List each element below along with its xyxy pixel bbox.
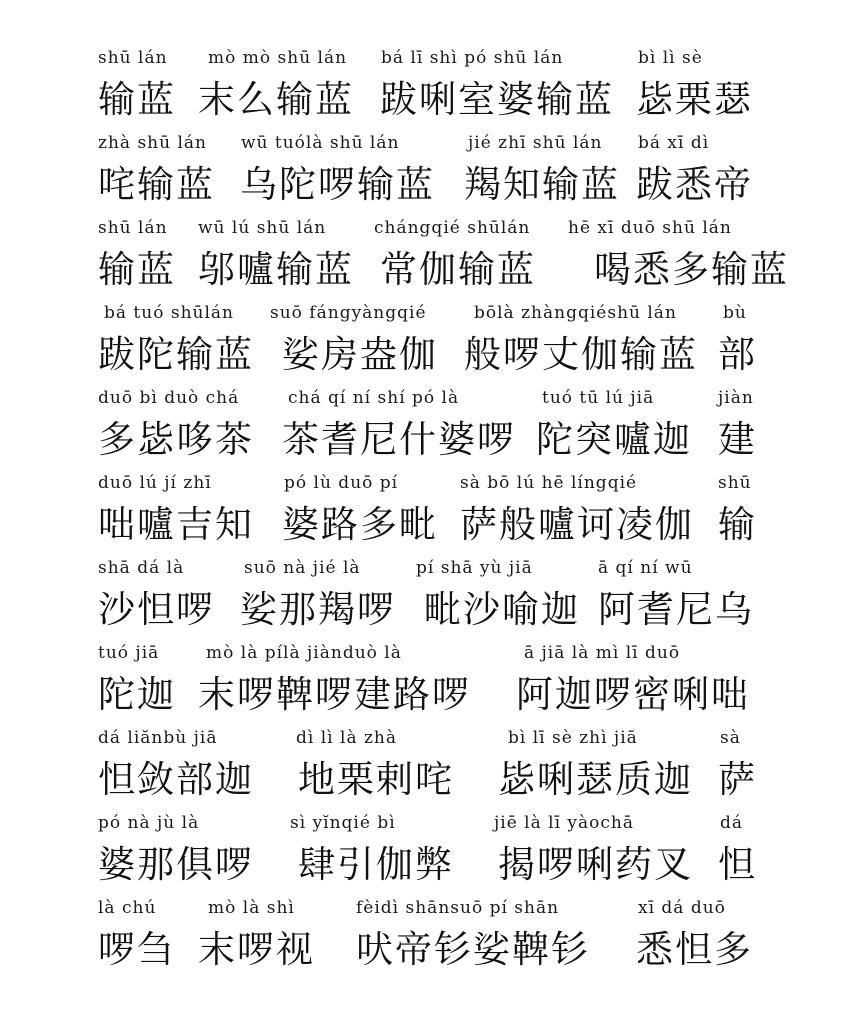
hanzi-segment: 般啰丈伽输蓝 — [464, 333, 698, 377]
hanzi-segment: 部 — [718, 333, 757, 377]
verse-line-6: duō lú jí zhī pó lù duō pí sà bō lú hē l… — [98, 473, 798, 557]
hanzi-segment: 毗沙喻迦 — [424, 588, 580, 632]
verse-line-1: shū lán mò mò shū lán bá lī shì pó shū l… — [98, 48, 798, 132]
pinyin-segment: mò là shì — [208, 898, 295, 918]
hanzi-segment: 萨般嚧诃凌伽 — [460, 503, 694, 547]
hanzi-segment: 跋陀输蓝 — [98, 333, 254, 377]
hanzi-segment: 吠帝钐娑鞞钐 — [356, 928, 590, 972]
hanzi-segment: 末啰鞞啰建路啰 — [198, 673, 471, 717]
pinyin-segment: xī dá duō — [638, 898, 726, 918]
hanzi-segment: 毖唎瑟质迦 — [498, 758, 693, 802]
pinyin-segment: bì lì sè — [638, 48, 703, 68]
hanzi-segment: 羯知输蓝 — [464, 163, 620, 207]
pinyin-segment: duō lú jí zhī — [98, 473, 212, 493]
pinyin-segment: wū lú shū lán — [198, 218, 326, 238]
hanzi-segment: 阿耆尼乌 — [598, 588, 754, 632]
hanzi-segment: 输 — [718, 503, 757, 547]
verse-line-4: bá tuó shūlán suō fángyàngqié bōlà zhàng… — [98, 303, 798, 387]
pinyin-segment: shū — [718, 473, 752, 493]
pinyin-segment: mò là pílà jiànduò là — [206, 643, 402, 663]
pinyin-segment: shū lán — [98, 48, 168, 68]
pinyin-segment: fèidì shānsuō pí shān — [356, 898, 559, 918]
pinyin-segment: suō fángyàngqié — [270, 303, 427, 323]
verse-line-8: tuó jiā mò là pílà jiànduò là ā jiā là m… — [98, 643, 798, 727]
text-sheet: shū lán mò mò shū lán bá lī shì pó shū l… — [0, 0, 847, 1024]
pinyin-segment: tuó tū lú jiā — [542, 388, 654, 408]
hanzi-segment: 邬嚧输蓝 — [198, 248, 354, 292]
verse-line-7: shā dá là suō nà jié là pí shā yù jiā ā … — [98, 558, 798, 642]
pinyin-segment: wū tuólà shū lán — [241, 133, 399, 153]
hanzi-segment: 娑那羯啰 — [240, 588, 396, 632]
pinyin-segment: dì lì là zhà — [296, 728, 397, 748]
hanzi-segment: 毖栗瑟 — [636, 78, 753, 122]
pinyin-segment: sà bō lú hē língqié — [460, 473, 637, 493]
pinyin-segment: tuó jiā — [98, 643, 159, 663]
hanzi-segment: 多毖哆茶 — [98, 418, 254, 462]
hanzi-segment: 萨 — [718, 758, 757, 802]
hanzi-segment: 怛敛部迦 — [98, 758, 254, 802]
pinyin-segment: pó nà jù là — [98, 813, 199, 833]
pinyin-segment: bì lī sè zhì jiā — [508, 728, 638, 748]
pinyin-segment: jié zhī shū lán — [468, 133, 602, 153]
pinyin-segment: mò mò shū lán — [208, 48, 347, 68]
hanzi-segment: 咤输蓝 — [98, 163, 215, 207]
hanzi-segment: 地栗剌咤 — [298, 758, 454, 802]
hanzi-segment: 咄嚧吉知 — [98, 503, 254, 547]
hanzi-segment: 喝悉多输蓝 — [594, 248, 789, 292]
pinyin-segment: bōlà zhàngqiéshū lán — [474, 303, 677, 323]
pinyin-segment: bá lī shì pó shū lán — [381, 48, 563, 68]
pinyin-segment: ā qí ní wū — [598, 558, 693, 578]
hanzi-segment: 常伽输蓝 — [380, 248, 536, 292]
hanzi-segment: 茶耆尼什婆啰 — [282, 418, 516, 462]
hanzi-segment: 跋悉帝 — [636, 163, 753, 207]
hanzi-segment: 婆路多毗 — [282, 503, 438, 547]
pinyin-segment: jiē là lī yàochā — [494, 813, 634, 833]
pinyin-segment: suō nà jié là — [244, 558, 361, 578]
hanzi-segment: 阿迦啰密唎咄 — [516, 673, 750, 717]
hanzi-segment: 陀迦 — [98, 673, 176, 717]
hanzi-segment: 输蓝 — [98, 78, 176, 122]
hanzi-segment: 肆引伽弊 — [298, 843, 454, 887]
hanzi-segment: 娑房盎伽 — [282, 333, 438, 377]
hanzi-segment: 输蓝 — [98, 248, 176, 292]
hanzi-segment: 陀突嚧迦 — [536, 418, 692, 462]
pinyin-segment: bù — [723, 303, 747, 323]
hanzi-segment: 乌陀啰输蓝 — [240, 163, 435, 207]
hanzi-segment: 啰刍 — [98, 928, 176, 972]
hanzi-segment: 跋唎室婆输蓝 — [380, 78, 614, 122]
pinyin-segment: chá qí ní shí pó là — [288, 388, 459, 408]
hanzi-segment: 婆那俱啰 — [98, 843, 254, 887]
pinyin-segment: là chú — [98, 898, 156, 918]
pinyin-segment: dá — [720, 813, 743, 833]
verse-line-11: là chú mò là shì fèidì shānsuō pí shān x… — [98, 898, 798, 982]
pinyin-segment: bá tuó shūlán — [104, 303, 234, 323]
pinyin-segment: jiàn — [718, 388, 754, 408]
hanzi-segment: 末啰视 — [198, 928, 315, 972]
pinyin-segment: bá xī dì — [638, 133, 709, 153]
pinyin-segment: sà — [720, 728, 741, 748]
verse-line-2: zhà shū lán wū tuólà shū lán jié zhī shū… — [98, 133, 798, 217]
verse-line-5: duō bì duò chá chá qí ní shí pó là tuó t… — [98, 388, 798, 472]
verse-line-9: dá liănbù jiā dì lì là zhà bì lī sè zhì … — [98, 728, 798, 812]
verse-line-10: pó nà jù là sì yĭnqié bì jiē là lī yàoch… — [98, 813, 798, 897]
pinyin-segment: shā dá là — [98, 558, 184, 578]
hanzi-segment: 末么输蓝 — [198, 78, 354, 122]
hanzi-segment: 沙怛啰 — [98, 588, 215, 632]
verse-line-3: shū lán wū lú shū lán chángqié shūlán hē… — [98, 218, 798, 302]
pinyin-segment: sì yĭnqié bì — [290, 813, 396, 833]
pinyin-segment: dá liănbù jiā — [98, 728, 217, 748]
pinyin-segment: pó lù duō pí — [284, 473, 398, 493]
pinyin-segment: pí shā yù jiā — [416, 558, 533, 578]
hanzi-segment: 建 — [718, 418, 757, 462]
pinyin-segment: chángqié shūlán — [374, 218, 530, 238]
pinyin-segment: ā jiā là mì lī duō — [524, 643, 680, 663]
hanzi-segment: 揭啰唎药叉 — [498, 843, 693, 887]
pinyin-segment: shū lán — [98, 218, 168, 238]
pinyin-segment: duō bì duò chá — [98, 388, 239, 408]
hanzi-segment: 悉怛多 — [636, 928, 753, 972]
pinyin-segment: zhà shū lán — [98, 133, 207, 153]
pinyin-segment: hē xī duō shū lán — [568, 218, 732, 238]
hanzi-segment: 怛 — [718, 843, 757, 887]
